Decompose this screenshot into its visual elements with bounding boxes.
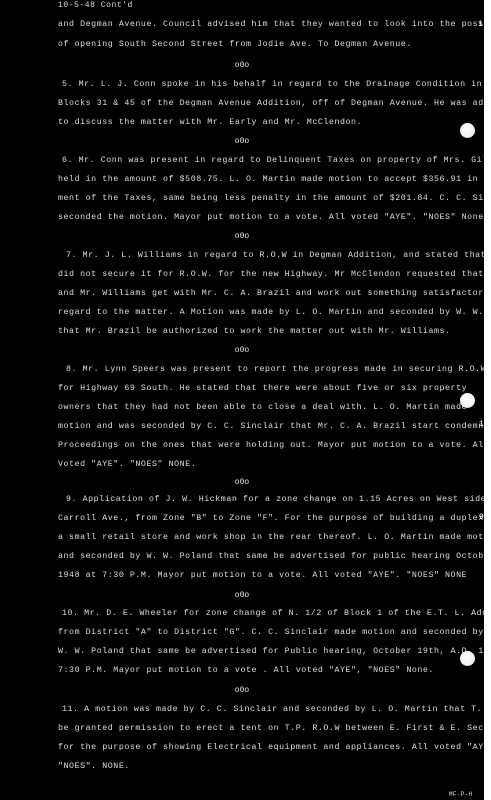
item-6-line-4: seconded the motion. Mayor put motion to…	[58, 213, 489, 223]
hole-punch-icon	[460, 123, 475, 138]
item-7-line-3: and Mr. Williams get with Mr. C. A. Braz…	[58, 289, 491, 299]
item-9-line-2: Carroll Ave., from Zone "B" to Zone "F".…	[58, 514, 491, 524]
scanned-document-page: 10-5-48 Cont'd and Degman Avenue. Counci…	[0, 0, 484, 800]
item-8-line-3: owners that they had not been able to cl…	[58, 403, 467, 413]
item-10-line-3: W. W. Poland that same be advertised for…	[58, 647, 491, 657]
item-5-line-2: Blocks 31 & 45 of the Degman Avenue Addi…	[58, 99, 491, 109]
item-8-line-6: Voted "AYE". "NOES" NONE.	[58, 460, 196, 470]
item-11-line-4: "NOES". NONE.	[58, 762, 130, 772]
continued-line-1: and Degman Avenue. Council advised him t…	[58, 20, 491, 30]
separator: o0o	[0, 478, 484, 488]
item-9-line-1: 9. Application of J. W. Hickman for a zo…	[66, 495, 491, 505]
item-5-line-3: to discuss the matter with Mr. Early and…	[58, 118, 362, 128]
separator: o0o	[0, 591, 484, 601]
hole-punch-icon	[460, 393, 475, 408]
item-6-line-3: ment of the Taxes, same being less penal…	[58, 194, 491, 204]
item-9-line-5: 1948 at 7:30 P.M. Mayor put motion to a …	[58, 571, 467, 581]
item-9-line-3: a small retail store and work shop in th…	[58, 533, 491, 543]
item-5-line-1: 5. Mr. L. J. Conn spoke in his behalf in…	[62, 80, 482, 90]
item-9-line-4: and seconded by W. W. Poland that same b…	[58, 552, 491, 562]
item-11-line-2: be granted permission to erect a tent on…	[58, 724, 491, 734]
item-10-line-4: 7:30 P.M. Mayor put motion to a vote . A…	[58, 666, 434, 676]
item-7-line-4: regard to the matter. A Motion was made …	[58, 308, 491, 318]
separator: o0o	[0, 137, 484, 147]
edge-mark: 1	[478, 20, 483, 29]
separator: o0o	[0, 232, 484, 242]
item-7-line-2: did not secure it for R.O.W. for the new…	[58, 270, 491, 280]
footer-mark: MF-P-H	[449, 791, 472, 798]
item-6-line-2: held in the amount of $508.75. L. O. Mar…	[58, 175, 491, 185]
hole-punch-icon	[460, 651, 475, 666]
separator: o0o	[0, 686, 484, 696]
page-header: 10-5-48 Cont'd	[58, 1, 133, 11]
item-8-line-4: motion and was seconded by C. C. Sinclai…	[58, 422, 491, 432]
item-8-line-5: Proceedings on the ones that were holdin…	[58, 441, 489, 451]
item-8-line-1: 8. Mr. Lynn Speers was present to report…	[66, 365, 486, 375]
item-11-line-3: for the purpose of showing Electrical eq…	[58, 743, 491, 753]
item-11-line-1: 11. A motion was made by C. C. Sinclair …	[62, 705, 491, 715]
item-6-line-1: 6. Mr. Conn was present in regard to Del…	[62, 156, 491, 166]
item-7-line-5: that Mr. Brazil be authorized to work th…	[58, 327, 451, 337]
item-10-line-1: 10. Mr. D. E. Wheeler for zone change of…	[62, 609, 491, 619]
page-edge	[484, 0, 491, 800]
separator: o0o	[0, 346, 484, 356]
separator: o0o	[0, 61, 484, 71]
item-7-line-1: 7. Mr. J. L. Williams in regard to R.O.W…	[66, 251, 491, 261]
item-10-line-2: from District "A" to District "G". C. C.…	[58, 628, 484, 638]
item-8-line-2: for Highway 69 South. He stated that the…	[58, 384, 467, 394]
continued-line-2: of opening South Second Street from Jodi…	[58, 40, 412, 50]
